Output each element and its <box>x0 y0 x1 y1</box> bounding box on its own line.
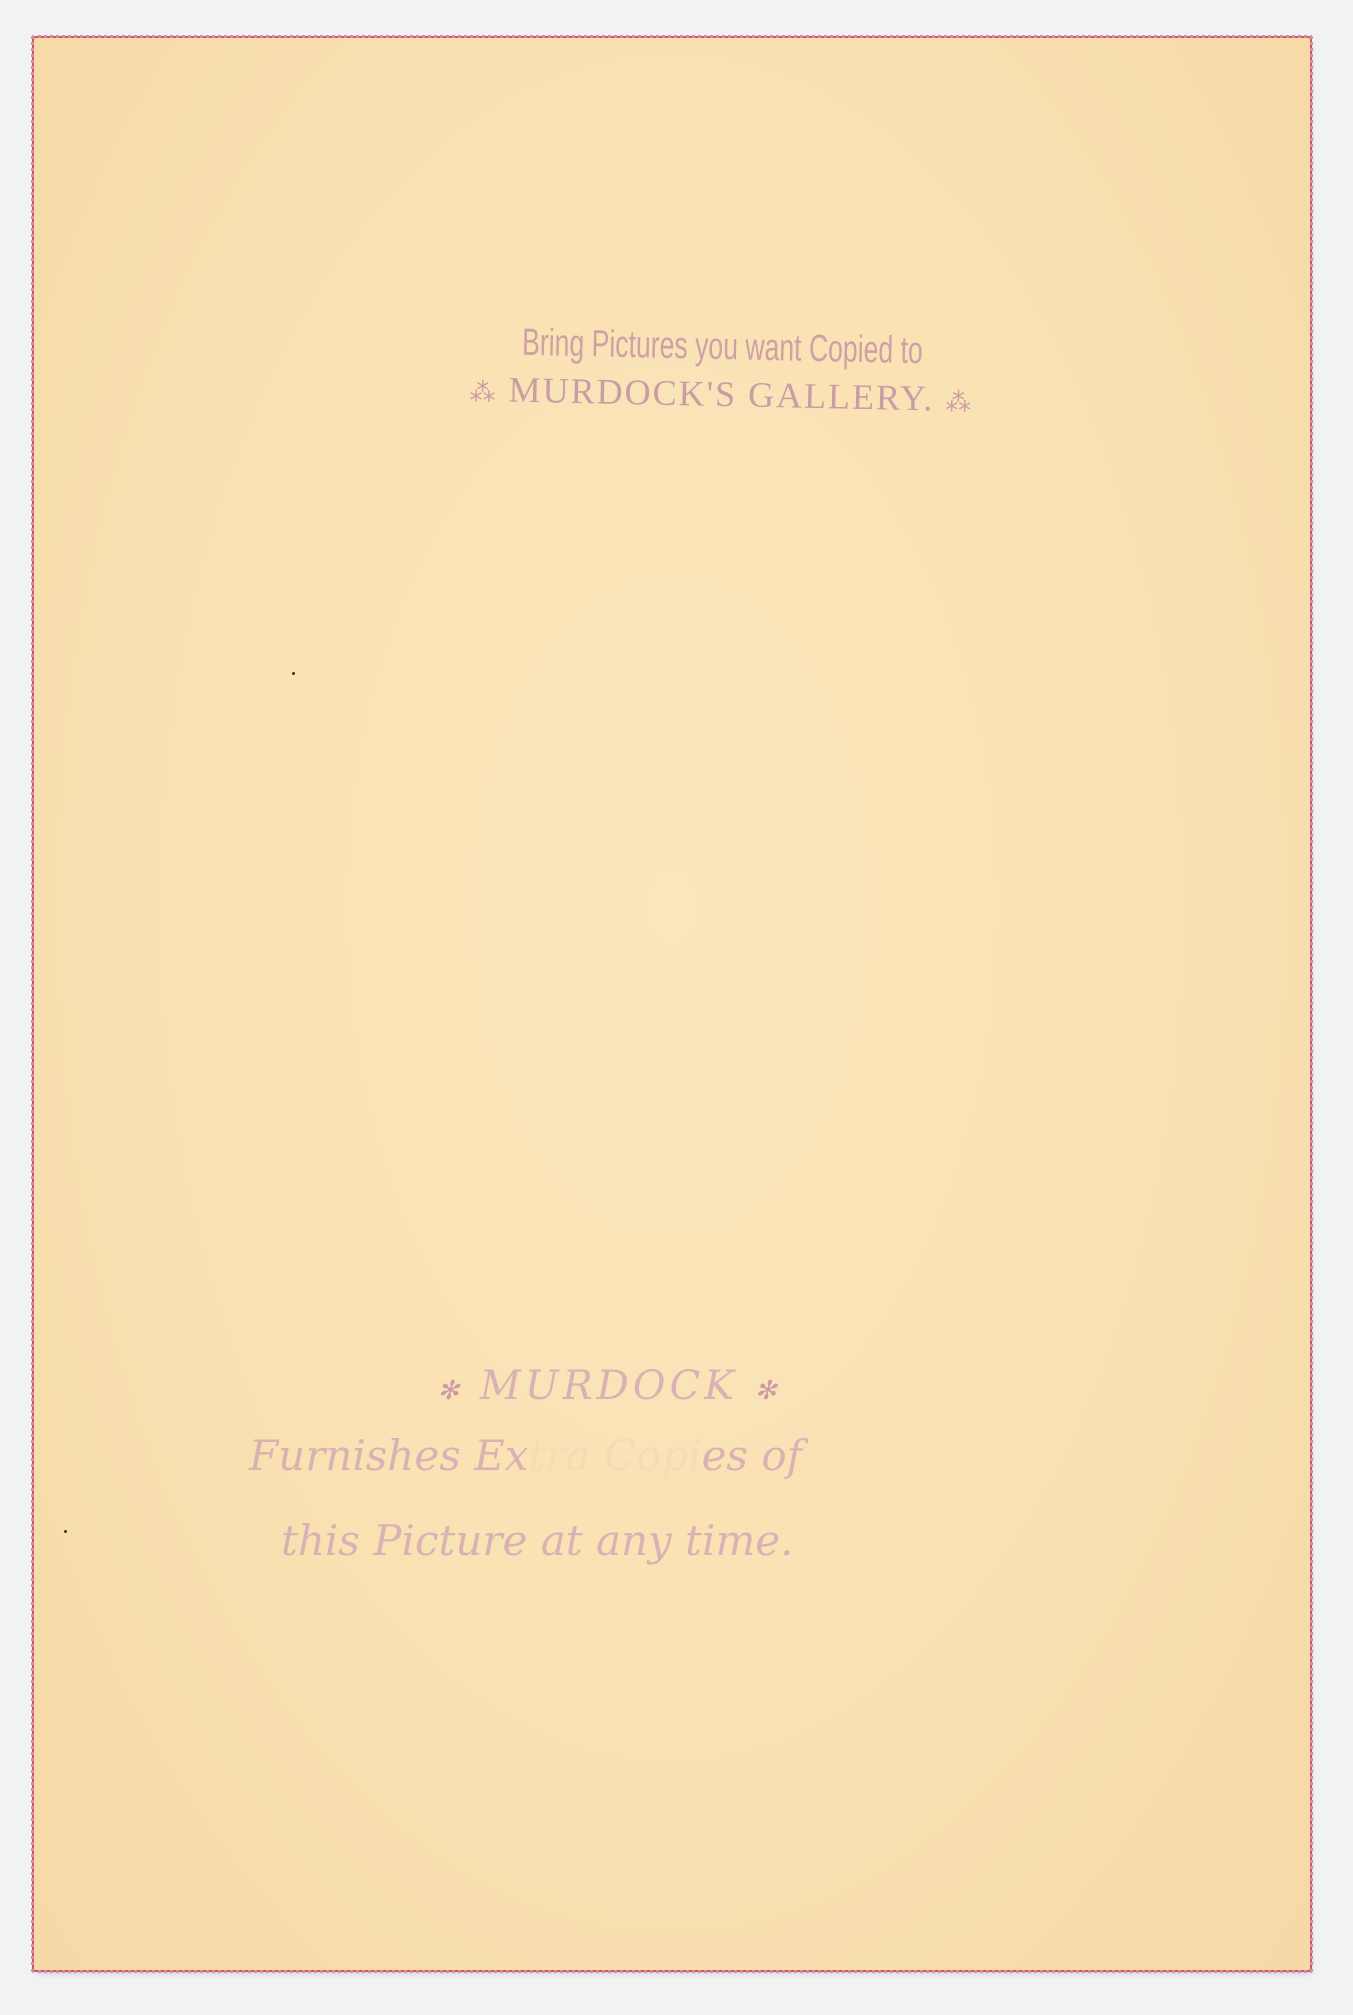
paper-speck <box>64 1530 67 1533</box>
paper-speck <box>292 672 295 675</box>
stamp-line-gallery: ⁂ MURDOCK'S GALLERY. ⁂ <box>401 366 1042 421</box>
top-ink-stamp: Bring Pictures you want Copied to ⁂ MURD… <box>401 319 1043 421</box>
ornament-right-icon: ✻ <box>755 1376 781 1406</box>
stamp-line-bring-pictures: Bring Pictures you want Copied to <box>498 321 947 373</box>
imprint-name-line: ✻ MURDOCK ✻ <box>229 1363 989 1409</box>
ornament-left-icon: ⁂ <box>469 378 498 408</box>
imprint-text: Furnishes Ex <box>249 1431 528 1480</box>
gallery-name: MURDOCK'S GALLERY. <box>508 370 935 419</box>
ornament-right-icon: ⁂ <box>945 388 974 418</box>
ornament-left-icon: ✻ <box>437 1376 463 1406</box>
imprint-text-faded: tra Copi <box>528 1431 701 1480</box>
bottom-imprint: ✻ MURDOCK ✻ Furnishes Extra Copies of th… <box>229 1363 989 1565</box>
photo-card-back: Bring Pictures you want Copied to ⁂ MURD… <box>34 38 1310 1970</box>
imprint-line-furnishes: Furnishes Extra Copies of <box>229 1431 989 1480</box>
imprint-text: es of <box>702 1431 803 1480</box>
imprint-line-picture: this Picture at any time. <box>229 1516 989 1565</box>
imprint-name: MURDOCK <box>480 1363 738 1409</box>
